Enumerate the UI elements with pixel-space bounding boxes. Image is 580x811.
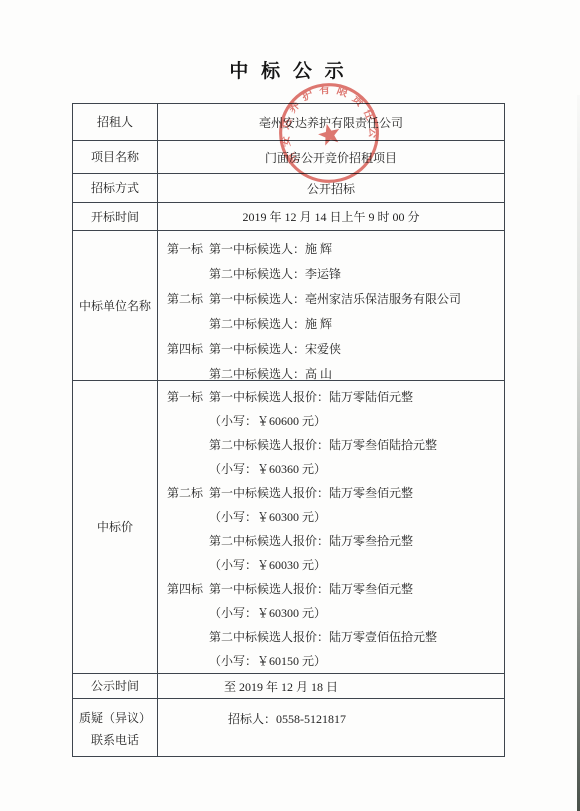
price-line: 第二中标候选人报价：陆万零叁拾元整 bbox=[167, 528, 500, 552]
winning-price-row: 中标价 第一标 第一中标候选人报价：陆万零陆佰元整 （小写：￥60600 元） … bbox=[73, 381, 504, 674]
row-label: 中标价 bbox=[73, 381, 158, 673]
price-text: 第二中标候选人报价：陆万零叁拾元整 bbox=[209, 532, 413, 549]
price-line: 第二中标候选人报价：陆万零叁佰陆拾元整 bbox=[167, 432, 500, 456]
contact-phone-row: 质疑（异议） 联系电话 招标人：0558-5121817 bbox=[73, 699, 504, 756]
lot-number-label: 第一标 bbox=[167, 240, 209, 257]
price-text: （小写：￥60030 元） bbox=[209, 556, 326, 573]
candidate-text: 第一中标候选人：施 辉 bbox=[209, 240, 332, 257]
basic-info-rows: 招租人 亳州安达养护有限责任公司 项目名称 门面房公开竞价招租项目 招标方式 公… bbox=[73, 104, 504, 231]
price-line: （小写：￥60300 元） bbox=[167, 504, 500, 528]
table-row: 招标方式 公开招标 bbox=[73, 174, 504, 203]
row-value: 亳州安达养护有限责任公司 bbox=[158, 104, 504, 140]
row-label: 招标方式 bbox=[73, 174, 158, 202]
candidate-line: 第二标 第一中标候选人：亳州家洁乐保洁服务有限公司 bbox=[167, 286, 500, 311]
lot-number-label: 第四标 bbox=[167, 580, 209, 597]
price-line: 第二中标候选人报价：陆万零壹佰伍拾元整 bbox=[167, 624, 500, 648]
price-text: （小写：￥60300 元） bbox=[209, 508, 326, 525]
price-text: （小写：￥60150 元） bbox=[209, 652, 326, 669]
price-text: （小写：￥60300 元） bbox=[209, 604, 326, 621]
lot-number-label: 第二标 bbox=[167, 484, 209, 501]
scanned-document-page: 中 标 公 示 招租人 亳州安达养护有限责任公司 项目名称 门面房公开竞价招租项… bbox=[0, 0, 580, 811]
price-text: （小写：￥60600 元） bbox=[209, 412, 326, 429]
row-value: 招标人：0558-5121817 bbox=[158, 699, 504, 756]
candidate-text: 第二中标候选人：李运锋 bbox=[209, 265, 341, 282]
candidate-text: 第二中标候选人：施 辉 bbox=[209, 315, 332, 332]
price-text: 第一中标候选人报价：陆万零叁佰元整 bbox=[209, 484, 413, 501]
candidate-text: 第二中标候选人：高 山 bbox=[209, 365, 332, 382]
candidate-line: 第一标 第一中标候选人：施 辉 bbox=[167, 236, 500, 261]
price-line: 第一标 第一中标候选人报价：陆万零陆佰元整 bbox=[167, 384, 500, 408]
table-row: 项目名称 门面房公开竞价招租项目 bbox=[73, 141, 504, 174]
price-line: （小写：￥60150 元） bbox=[167, 648, 500, 672]
candidate-line: 第二中标候选人：李运锋 bbox=[167, 261, 500, 286]
price-text: （小写：￥60360 元） bbox=[209, 460, 326, 477]
winning-bidders-lines: 第一标 第一中标候选人：施 辉 第二中标候选人：李运锋 第二标 第一中标候选人：… bbox=[158, 231, 504, 380]
price-line: （小写：￥60600 元） bbox=[167, 408, 500, 432]
winning-price-lines: 第一标 第一中标候选人报价：陆万零陆佰元整 （小写：￥60600 元） 第二中标… bbox=[158, 381, 504, 673]
page-title: 中 标 公 示 bbox=[72, 56, 505, 83]
contact-label-line2: 联系电话 bbox=[91, 729, 139, 751]
price-text: 第一中标候选人报价：陆万零叁佰元整 bbox=[209, 580, 413, 597]
lot-number-label: 第四标 bbox=[167, 340, 209, 357]
price-line: 第四标 第一中标候选人报价：陆万零叁佰元整 bbox=[167, 576, 500, 600]
candidate-text: 第一中标候选人：宋爱侠 bbox=[209, 340, 341, 357]
publicity-period-row: 公示时间 至 2019 年 12 月 18 日 bbox=[73, 674, 504, 699]
price-line: 第二标 第一中标候选人报价：陆万零叁佰元整 bbox=[167, 480, 500, 504]
price-line: （小写：￥60300 元） bbox=[167, 600, 500, 624]
row-label: 公示时间 bbox=[73, 674, 158, 698]
candidate-text: 第一中标候选人：亳州家洁乐保洁服务有限公司 bbox=[209, 290, 461, 307]
contact-label-line1: 质疑（异议） bbox=[79, 707, 151, 729]
row-label: 项目名称 bbox=[73, 141, 158, 173]
winning-bidders-row: 中标单位名称 第一标 第一中标候选人：施 辉 第二中标候选人：李运锋 第二标 第… bbox=[73, 231, 504, 381]
price-line: （小写：￥60360 元） bbox=[167, 456, 500, 480]
row-label: 开标时间 bbox=[73, 203, 158, 230]
row-label: 质疑（异议） 联系电话 bbox=[73, 699, 158, 756]
row-value: 公开招标 bbox=[158, 174, 504, 202]
price-text: 第二中标候选人报价：陆万零叁佰陆拾元整 bbox=[209, 436, 437, 453]
row-value: 2019 年 12 月 14 日上午 9 时 00 分 bbox=[158, 203, 504, 230]
table-row: 招租人 亳州安达养护有限责任公司 bbox=[73, 104, 504, 141]
table-row: 开标时间 2019 年 12 月 14 日上午 9 时 00 分 bbox=[73, 203, 504, 231]
bid-announcement-table: 招租人 亳州安达养护有限责任公司 项目名称 门面房公开竞价招租项目 招标方式 公… bbox=[72, 103, 505, 757]
row-label: 招租人 bbox=[73, 104, 158, 140]
row-value: 门面房公开竞价招租项目 bbox=[158, 141, 504, 173]
row-label: 中标单位名称 bbox=[73, 231, 158, 380]
candidate-line: 第四标 第一中标候选人：宋爱侠 bbox=[167, 336, 500, 361]
price-line: （小写：￥60030 元） bbox=[167, 552, 500, 576]
row-value: 至 2019 年 12 月 18 日 bbox=[158, 674, 504, 698]
price-text: 第二中标候选人报价：陆万零壹佰伍拾元整 bbox=[209, 628, 437, 645]
price-text: 第一中标候选人报价：陆万零陆佰元整 bbox=[209, 388, 413, 405]
lot-number-label: 第二标 bbox=[167, 290, 209, 307]
candidate-line: 第二中标候选人：施 辉 bbox=[167, 311, 500, 336]
lot-number-label: 第一标 bbox=[167, 388, 209, 405]
